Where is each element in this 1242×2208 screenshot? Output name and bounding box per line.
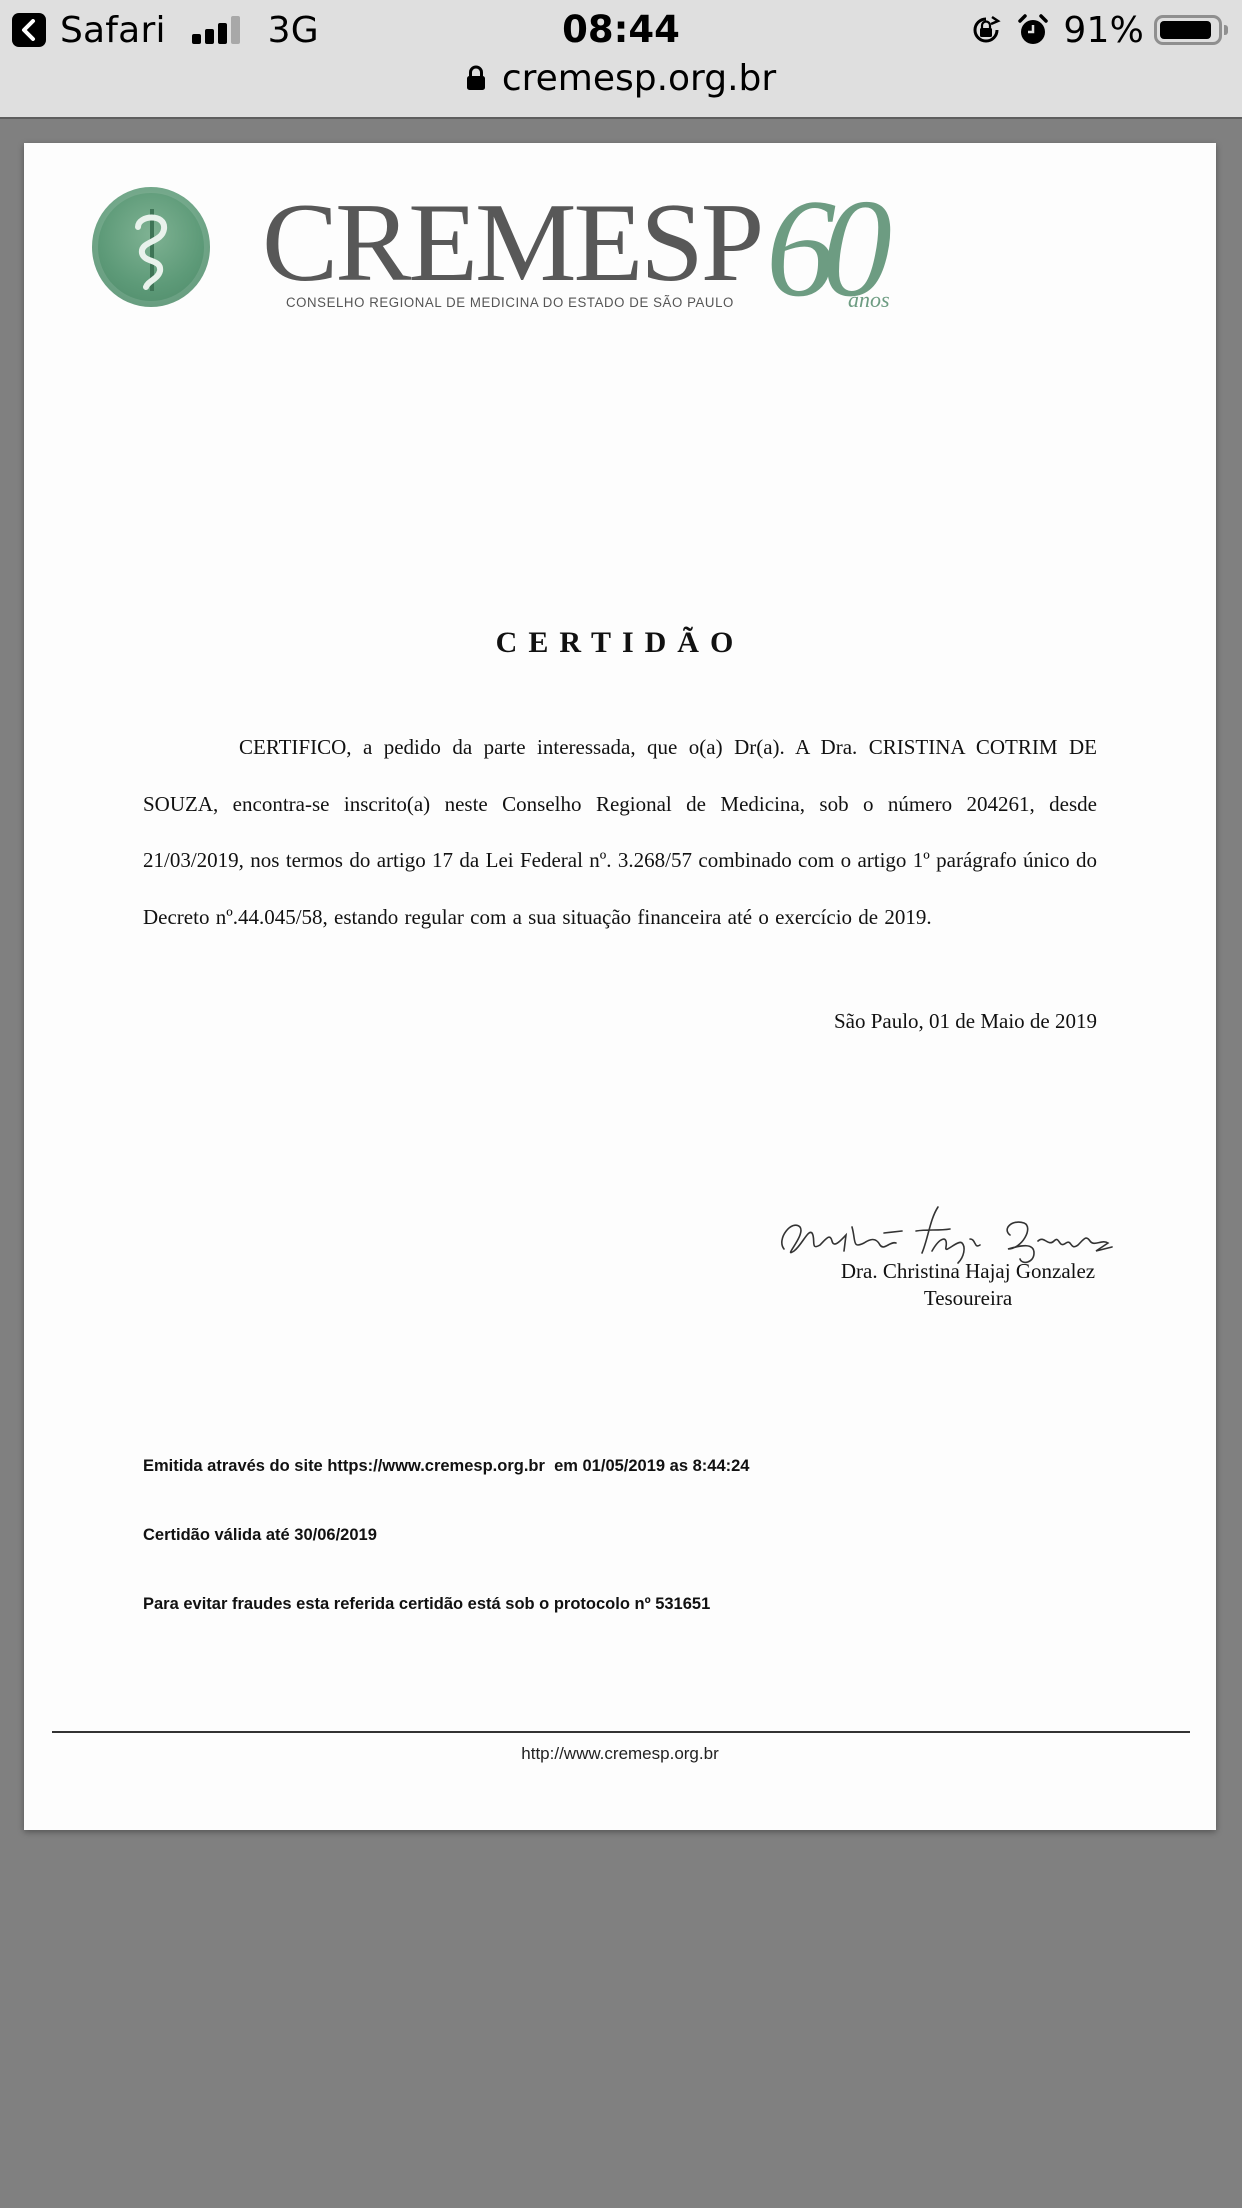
lock-icon [466,65,486,91]
logo-subtitle: CONSELHO REGIONAL DE MEDICINA DO ESTADO … [286,295,734,310]
signer-role: Tesoureira [818,1286,1118,1311]
address-bar[interactable]: cremesp.org.br [0,56,1242,100]
caduceus-emblem [92,187,210,307]
footer-url[interactable]: http://www.cremesp.org.br [24,1744,1216,1764]
status-bar-right: 91% [969,10,1228,50]
signer-name: Dra. Christina Hajaj Gonzalez [818,1259,1118,1284]
battery-icon [1154,15,1222,45]
url-text[interactable]: cremesp.org.br [502,58,776,99]
issuance-note-site: Emitida através do site https://www.crem… [143,1455,749,1478]
issuance-notes: Emitida através do site https://www.crem… [143,1409,749,1662]
logo-anniversary-word: anos [848,287,890,313]
place-and-date: São Paulo, 01 de Maio de 2019 [834,1009,1097,1034]
footer-divider [52,1731,1190,1733]
battery-nub [1224,25,1228,35]
asclepius-staff-icon [92,187,210,307]
issuance-note-protocol: Para evitar fraudes esta referida certid… [143,1593,749,1616]
logo-wordmark: CREMESP [262,193,761,293]
document-page: CREMESP CONSELHO REGIONAL DE MEDICINA DO… [24,143,1216,1830]
rotation-lock-icon [969,13,1003,47]
certificate-title: CERTIDÃO [24,626,1216,660]
battery-percent: 91% [1063,10,1144,51]
browser-top-bar: Safari 3G 08:44 91% [0,0,1242,119]
signature-image [772,1189,1122,1269]
certificate-body: CERTIFICO, a pedido da parte interessada… [143,719,1097,946]
alarm-icon [1017,13,1049,47]
issuance-note-validity: Certidão válida até 30/06/2019 [143,1524,749,1547]
cremesp-logo: CREMESP CONSELHO REGIONAL DE MEDICINA DO… [90,187,920,327]
battery-fill [1160,21,1211,39]
